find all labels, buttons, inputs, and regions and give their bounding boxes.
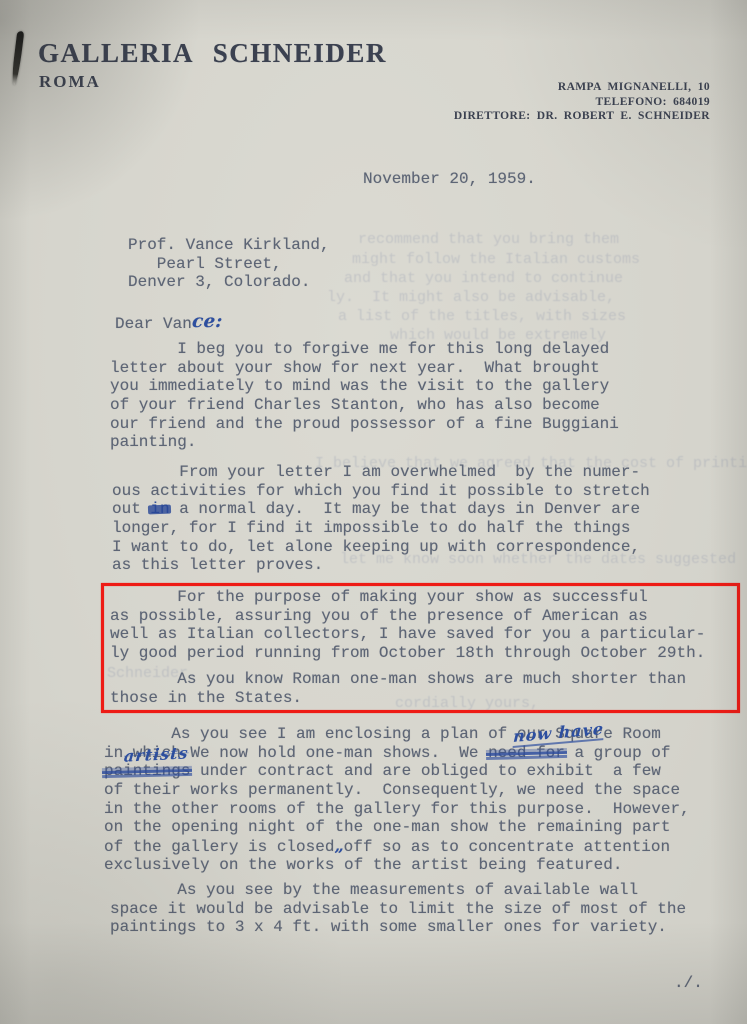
typed-line: our friend and the proud possessor of a … — [110, 415, 619, 434]
date-line: November 20, 1959. — [363, 170, 536, 189]
bleedthrough-text: ly. It might also be advisable, — [327, 289, 615, 306]
typed-line: longer, for I find it impossible to do h… — [112, 519, 650, 538]
letterhead-director: DIRETTORE: DR. ROBERT E. SCHNEIDER — [454, 109, 710, 124]
paragraph-5: As you see I am enclosing a plan of our … — [104, 725, 690, 875]
typed-line: in which We now hold one-man shows. We n… — [104, 744, 690, 763]
paragraph-6: As you see by the measurements of availa… — [110, 881, 686, 937]
typed-line: as this letter proves. — [112, 556, 650, 575]
segment-hand: ce: — [191, 313, 224, 332]
highlight-annotation-box — [101, 583, 740, 713]
letterhead-contact-block: RAMPA MIGNANELLI, 10 TELEFONO: 684019 DI… — [454, 80, 710, 124]
continuation-mark: ./. — [674, 974, 703, 993]
paragraph-1: I beg you to forgive me for this long de… — [110, 340, 619, 452]
typed-line: Denver 3, Colorado. — [128, 273, 330, 292]
typed-line: space it would be advisable to limit the… — [110, 900, 686, 919]
bleedthrough-text: a list of the titles, with sizes — [338, 308, 626, 325]
gallery-name: GALLERIA SCHNEIDER — [38, 38, 387, 69]
typed-line: Dear Vance: — [115, 314, 222, 333]
paragraph-2: From your letter I am overwhelmed by the… — [112, 463, 650, 575]
segment-typed: a group of — [565, 744, 671, 762]
segment-typed: a normal day. It may be that days in Den… — [170, 500, 640, 518]
typed-line: Pearl Street, — [128, 255, 330, 274]
typed-line: of the gallery is closed„off so as to co… — [104, 837, 690, 856]
typed-line: From your letter I am overwhelmed by the… — [112, 463, 650, 482]
typed-line: ous activities for which you find it pos… — [112, 482, 650, 501]
bleedthrough-text: might follow the Italian customs — [352, 251, 640, 268]
typed-line: in the other rooms of the gallery for th… — [104, 800, 690, 819]
typed-line: paintings under contract and are obliged… — [104, 762, 690, 781]
typed-line: November 20, 1959. — [363, 170, 536, 189]
bleedthrough-text: recommend that you bring them — [358, 231, 619, 248]
segment-typed: of the gallery is closed — [104, 838, 334, 856]
typed-line: exclusively on the works of the artist b… — [104, 856, 690, 875]
handwritten-correction-artists: artists — [123, 743, 189, 765]
letterhead-address: RAMPA MIGNANELLI, 10 — [454, 80, 710, 95]
typed-line: ./. — [674, 974, 703, 993]
segment-struck: paintings — [104, 762, 190, 780]
typed-line: on the opening night of the one-man show… — [104, 818, 690, 837]
typed-line: Prof. Vance Kirkland, — [128, 236, 330, 255]
segment-ink: „ — [334, 836, 343, 855]
typed-line: out in a normal day. It may be that days… — [112, 500, 650, 519]
typed-line: paintings to 3 x 4 ft. with some smaller… — [110, 918, 686, 937]
pen-mark-artifact — [11, 31, 25, 85]
typed-line: I want to do, let alone keeping up with … — [112, 538, 650, 557]
segment-typed: off so as to concentrate attention — [344, 838, 670, 856]
bleedthrough-text: and that you intend to continue — [344, 270, 623, 287]
letter-document: recommend that you bring themmight follo… — [0, 0, 747, 1024]
typed-line: of your friend Charles Stanton, who has … — [110, 396, 619, 415]
segment-typed: Dear Van — [115, 315, 192, 333]
typed-line: As you see by the measurements of availa… — [110, 881, 686, 900]
segment-typed: out — [112, 500, 150, 518]
typed-line: you immediately to mind was the visit to… — [110, 377, 619, 396]
segment-blot: in — [150, 500, 169, 518]
recipient-address: Prof. Vance Kirkland, Pearl Street,Denve… — [128, 236, 330, 292]
typed-line: I beg you to forgive me for this long de… — [110, 340, 619, 359]
letterhead-phone: TELEFONO: 684019 — [454, 95, 710, 110]
typed-line: of their works permanently. Consequently… — [104, 781, 690, 800]
gallery-city: ROMA — [39, 72, 101, 92]
typed-line: painting. — [110, 433, 619, 452]
salutation: Dear Vance: — [115, 314, 222, 333]
typed-line: letter about your show for next year. Wh… — [110, 359, 619, 378]
segment-typed: under contract and are obliged to exhibi… — [190, 762, 660, 780]
